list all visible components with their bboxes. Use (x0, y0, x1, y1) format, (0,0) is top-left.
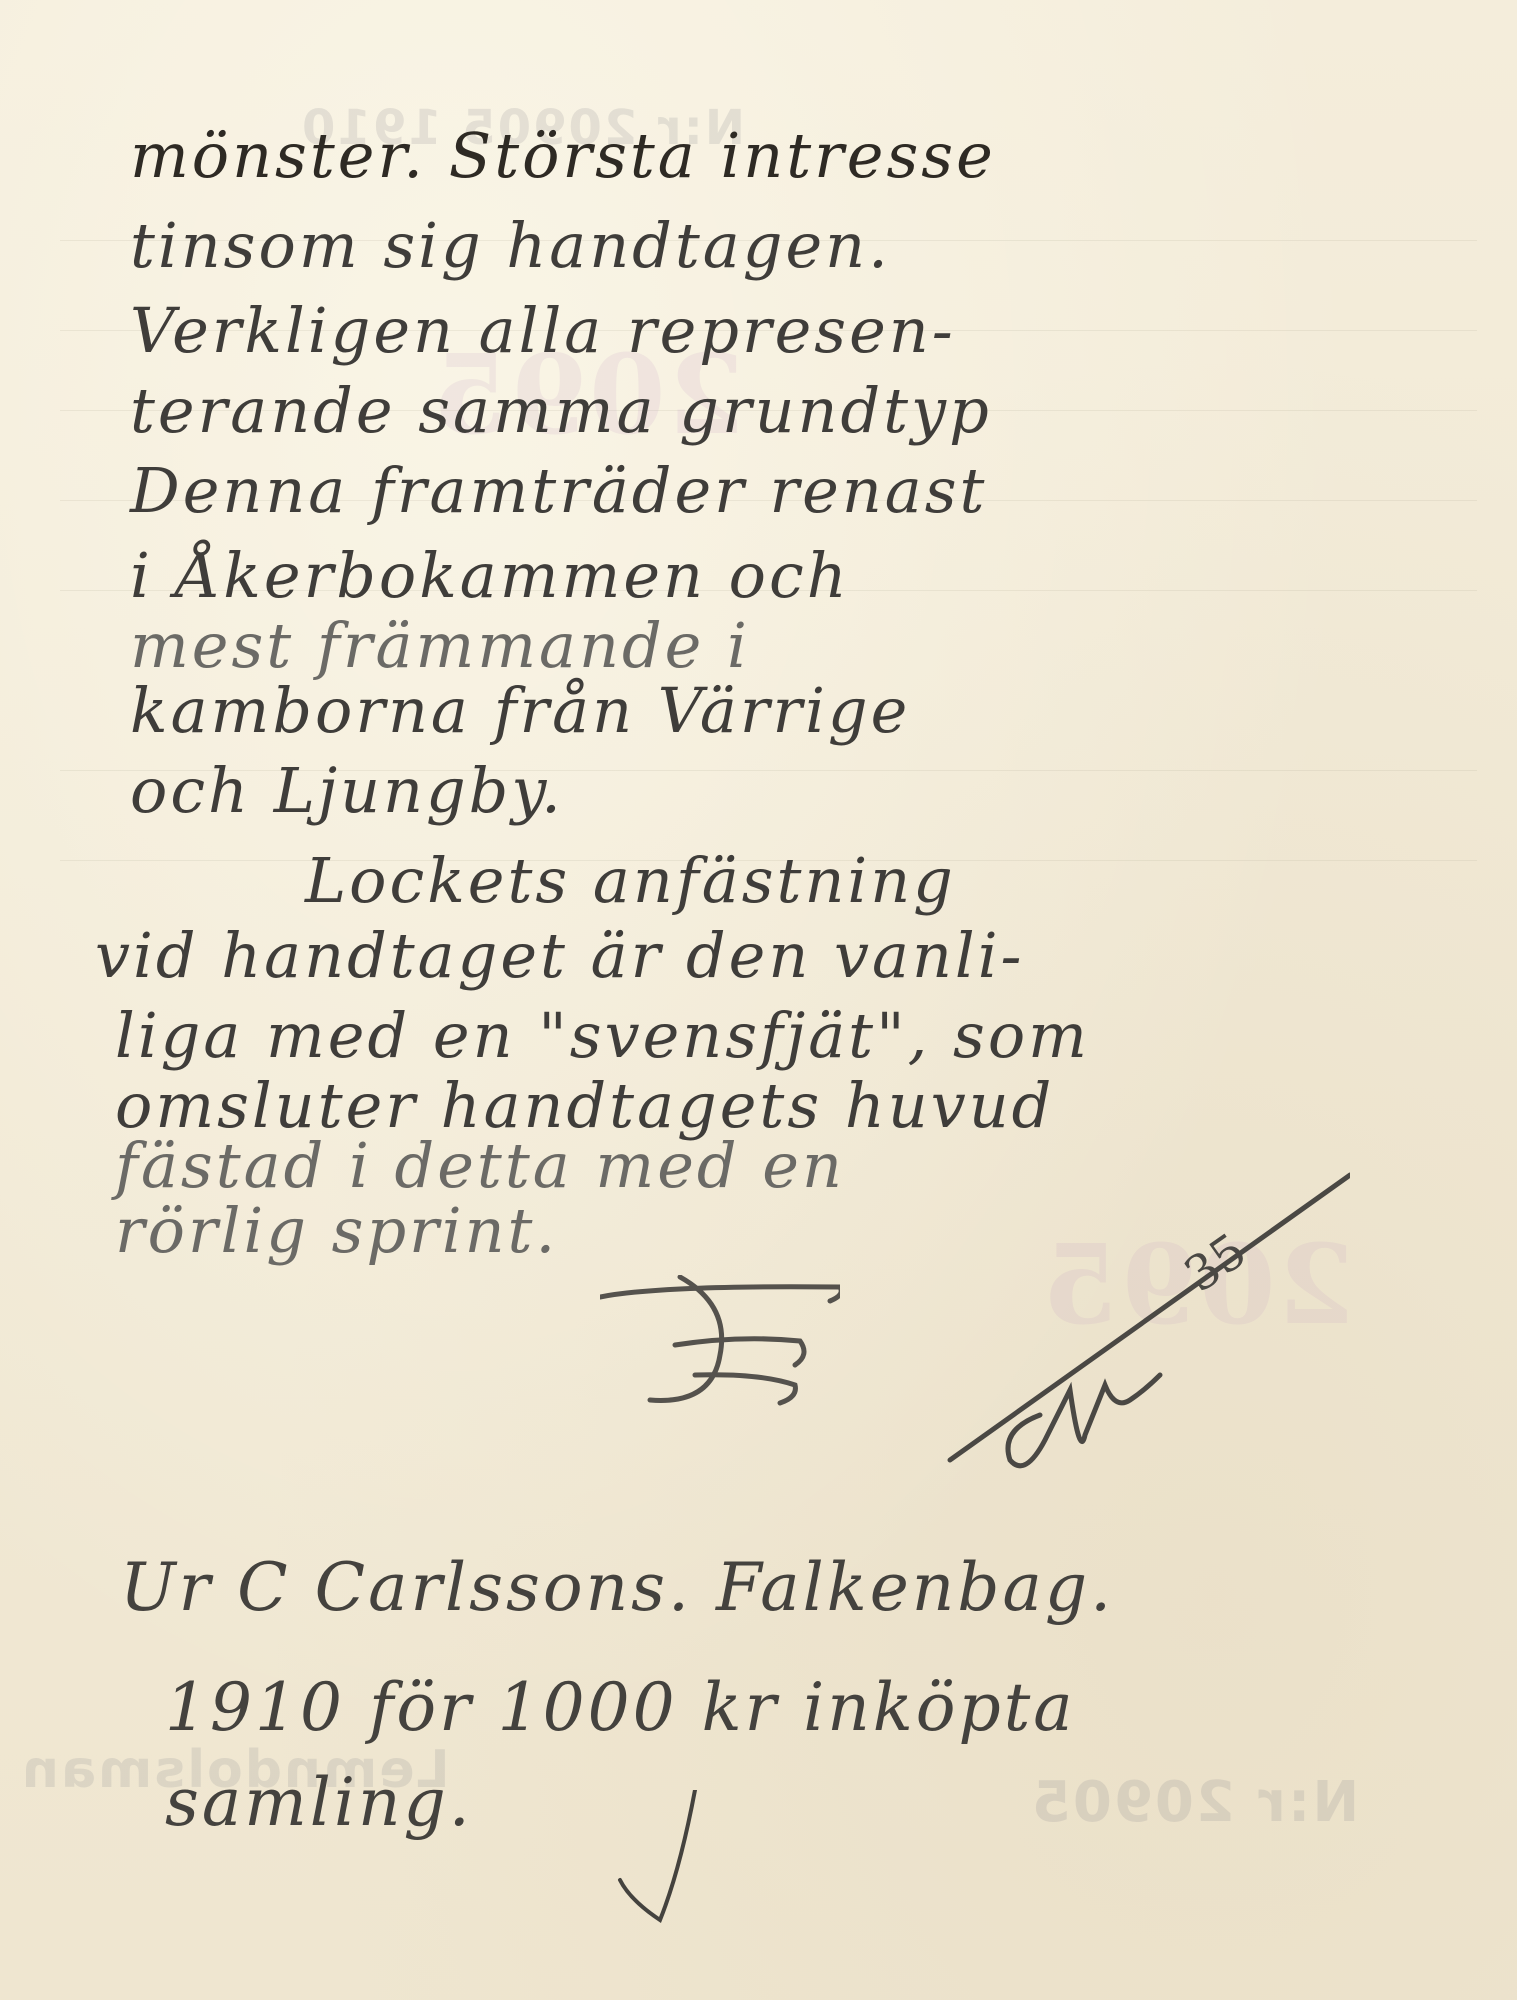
signature-mark (930, 1160, 1350, 1480)
body-line: kamborna från Värrige (130, 680, 910, 742)
body-line: tinsom sig handtagen. (130, 215, 891, 277)
body-line: rörlig sprint. (115, 1200, 558, 1262)
body-line: mest främmande i (130, 615, 750, 677)
body-line: mönster. Största intresse (130, 125, 996, 187)
body-line: terande samma grundtyp (130, 380, 992, 442)
body-line: Verkligen alla represen- (130, 300, 956, 362)
body-line: och Ljungby. (130, 760, 564, 822)
body-line: liga med en "svensfjät", som (115, 1005, 1090, 1067)
monogram-f-icon (600, 1275, 840, 1415)
body-line: vid handtaget är den vanli- (95, 925, 1025, 987)
footnote-line: Ur C Carlssons. Falkenbag. (120, 1555, 1114, 1621)
body-line: fästad i detta med en (115, 1135, 845, 1197)
body-line: omsluter handtagets huvud (115, 1075, 1054, 1137)
footnote-line: 1910 för 1000 kr inköpta (165, 1675, 1076, 1741)
footnote-line: samling. (165, 1770, 473, 1836)
body-line: i Åkerbokammen och (130, 545, 850, 607)
body-line: Lockets anfästning (305, 850, 956, 912)
descender-flourish (600, 1790, 720, 1930)
body-line: Denna framträder renast (130, 460, 987, 522)
